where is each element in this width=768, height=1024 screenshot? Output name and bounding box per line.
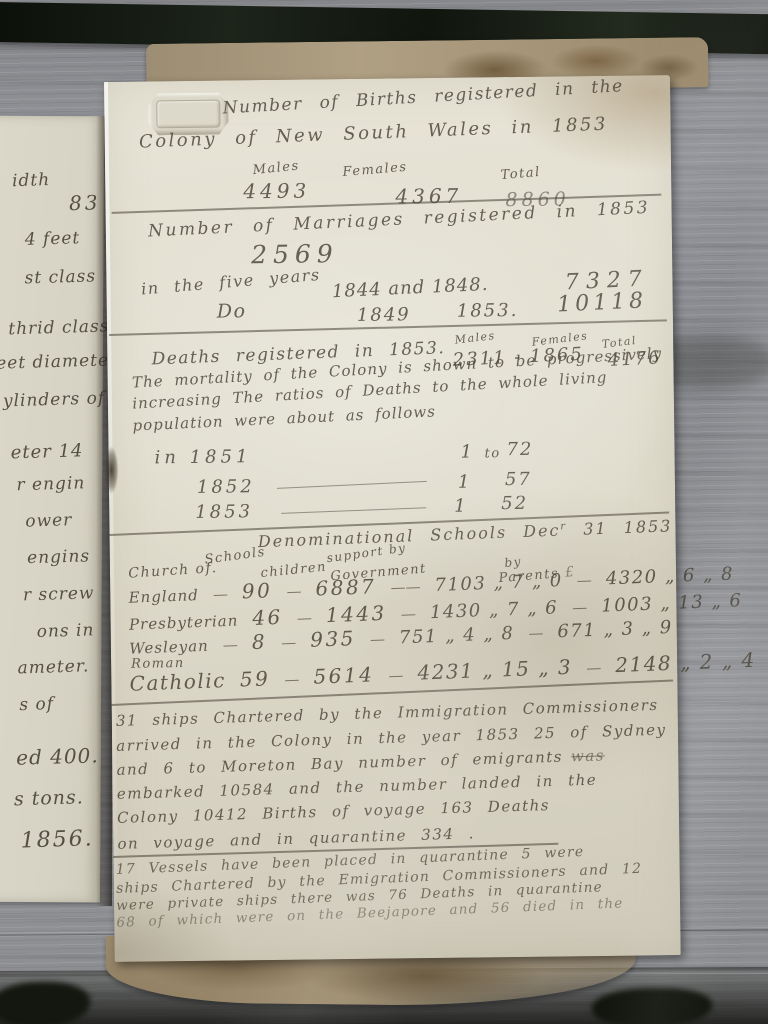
parents-support-amount: 2148 „ 2 „ 4	[615, 648, 756, 677]
vegetation-shadow	[592, 988, 712, 1024]
ratio-year-1853: 1853	[195, 501, 253, 523]
left-page-fragment: s of	[19, 694, 54, 715]
immigration-line6: on voyage and in quarantine 334 .	[117, 824, 475, 853]
left-page-fragment: eter 14	[11, 440, 84, 463]
schools-header-schools: Schools	[204, 545, 267, 568]
ratio-1851-to: to	[484, 446, 500, 461]
marriages-year-1849: 1849	[357, 304, 411, 326]
left-page-fragment: ower	[25, 510, 73, 531]
denomination-name: England	[128, 586, 199, 607]
dash-separator: —	[223, 636, 239, 655]
dash-separator: —	[388, 666, 404, 685]
ratio-1852-value: 57	[505, 469, 532, 490]
left-page-fragment: r engin	[16, 473, 85, 495]
left-page-fragment: st class	[25, 266, 97, 288]
denomination-name: Catholic	[129, 668, 226, 696]
dash-separator: —	[572, 598, 588, 617]
ratio-dash-line	[281, 507, 426, 514]
parents-support-amount: 1003 „ 13 „ 6	[601, 590, 743, 616]
dash-separator: —	[286, 582, 302, 601]
government-support-amount: 4231 „ 15 „ 3	[417, 655, 573, 685]
left-page-fragment: ameter.	[17, 656, 89, 678]
left-page-fragment: engins	[27, 546, 91, 568]
ratio-1853-value: 52	[501, 493, 528, 514]
dash-separator: —	[370, 630, 386, 649]
dash-separator: —	[528, 624, 544, 643]
ratio-year-1851: in 1851	[154, 446, 251, 468]
marriages-ditto: Do	[217, 300, 247, 322]
dash-separator: —	[576, 571, 592, 590]
dash-separator: —	[586, 659, 602, 678]
schools-count: 59	[239, 666, 270, 691]
marriages-years-1844-1848: 1844 and 1848.	[331, 274, 488, 302]
government-support-amount: 751 „ 4 „ 8	[399, 623, 515, 648]
embossed-seal-inner-line	[156, 100, 220, 129]
denomination-name: Wesleyan	[129, 637, 209, 658]
left-page-fragment: s tons.	[14, 786, 85, 810]
dash-separator: —	[401, 605, 417, 624]
births-col-females: Females	[342, 160, 408, 180]
left-page-fragment: 1856.	[20, 826, 94, 853]
struck-out-word: was	[571, 746, 606, 765]
births-col-total: Total	[500, 165, 541, 183]
ratio-year-1852: 1852	[197, 476, 255, 498]
government-support-amount: 7103 „ 7 „ 0	[434, 570, 563, 596]
ratio-dash-line	[277, 481, 427, 489]
vegetation-shadow	[0, 982, 90, 1024]
left-page-fragment: ed 400.	[16, 743, 99, 769]
left-page-fragment: ons in	[37, 620, 95, 642]
ratio-1851-value: 72	[506, 439, 533, 460]
schools-count: 46	[252, 605, 283, 630]
left-page-fragment: 4 feet	[24, 228, 80, 250]
dash-separator: ——	[390, 578, 421, 597]
schools-title: Denominational Schools Decr 31 1853	[258, 516, 673, 551]
births-females-value: 4367	[395, 184, 462, 209]
dash-separator: —	[213, 585, 229, 604]
births-title-line1: Number of Births registered in the	[222, 76, 624, 118]
ratio-1852-one: 1	[458, 472, 471, 493]
left-page-fragment: ylinders of	[3, 388, 106, 411]
ratio-1853-one: 1	[454, 496, 467, 517]
parents-support-amount: 671 „ 3 „ 9	[557, 617, 673, 642]
ratio-1851-one: 1	[460, 442, 473, 463]
left-page-fragment: thrid class	[8, 316, 110, 339]
dash-separator: —	[297, 609, 313, 628]
schools-date: Decr 31 1853	[523, 516, 673, 541]
parents-support-amount: 4320 „ 6 „ 8	[605, 563, 734, 589]
deaths-col-males: Males	[454, 329, 496, 347]
left-page-fragment: eet diamete	[0, 350, 109, 373]
children-count: 5614	[313, 662, 375, 688]
children-count: 1443	[325, 601, 387, 627]
births-males-value: 4493	[243, 178, 310, 203]
marriages-total-value: 2569	[251, 239, 339, 269]
left-manuscript-page: idth 83 4 feet st class thrid class eet …	[0, 116, 104, 903]
left-page-fragment: r screw	[23, 583, 95, 605]
photo-of-manuscript: { "colors": { "wood": "#8e8f93", "wood_g…	[0, 0, 768, 1024]
dash-separator: —	[281, 633, 297, 652]
marriages-year-1853: 1853.	[457, 300, 519, 322]
dash-separator: —	[284, 670, 300, 689]
left-page-fragment: idth	[12, 170, 51, 191]
binding-stitch-hole	[103, 444, 120, 502]
children-count: 6887	[315, 574, 377, 600]
marriages-five-years-label: in the five years	[140, 265, 321, 299]
schools-count: 8	[251, 629, 267, 654]
schools-count: 90	[241, 578, 272, 603]
births-col-males: Males	[252, 159, 300, 179]
marriages-value-1849-1853: 10118	[557, 288, 648, 317]
children-count: 935	[310, 626, 357, 652]
main-manuscript-page: Number of Births registered in the Colon…	[104, 75, 681, 962]
